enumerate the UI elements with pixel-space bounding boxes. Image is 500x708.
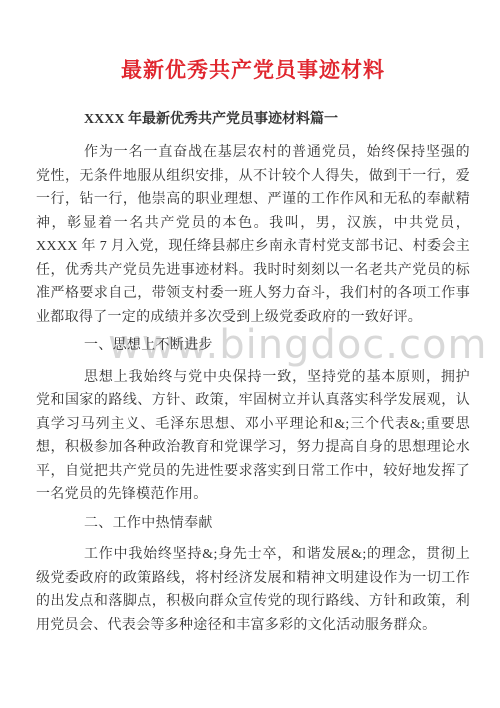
body-paragraph: 工作中我始终坚持&;身先士卒，和谐发展&;的理念，贯彻上级党委政府的政策路线，将… xyxy=(36,543,470,637)
document-page: www.bingdoc.com 最新优秀共产党员事迹材料 XXXX 年最新优秀共… xyxy=(0,0,500,708)
body-paragraph: 思想上我始终与党中央保持一致，坚持党的基本原则，拥护党和国家的路线、方针、政策，… xyxy=(36,366,470,507)
body-paragraph: 作为一名一直奋战在基层农村的普通党员，始终保持坚强的党性，无条件地服从组织安排，… xyxy=(36,141,470,329)
document-title: 最新优秀共产党员事迹材料 xyxy=(36,54,470,84)
document-subtitle: XXXX 年最新优秀共产党员事迹材料篇一 xyxy=(36,108,470,131)
document-body: 作为一名一直奋战在基层农村的普通党员，始终保持坚强的党性，无条件地服从组织安排，… xyxy=(36,141,470,637)
section-heading: 一、思想上不断进步 xyxy=(36,334,470,358)
section-heading: 二、工作中热情奉献 xyxy=(36,512,470,536)
document-content: 最新优秀共产党员事迹材料 XXXX 年最新优秀共产党员事迹材料篇一 作为一名一直… xyxy=(0,0,500,637)
